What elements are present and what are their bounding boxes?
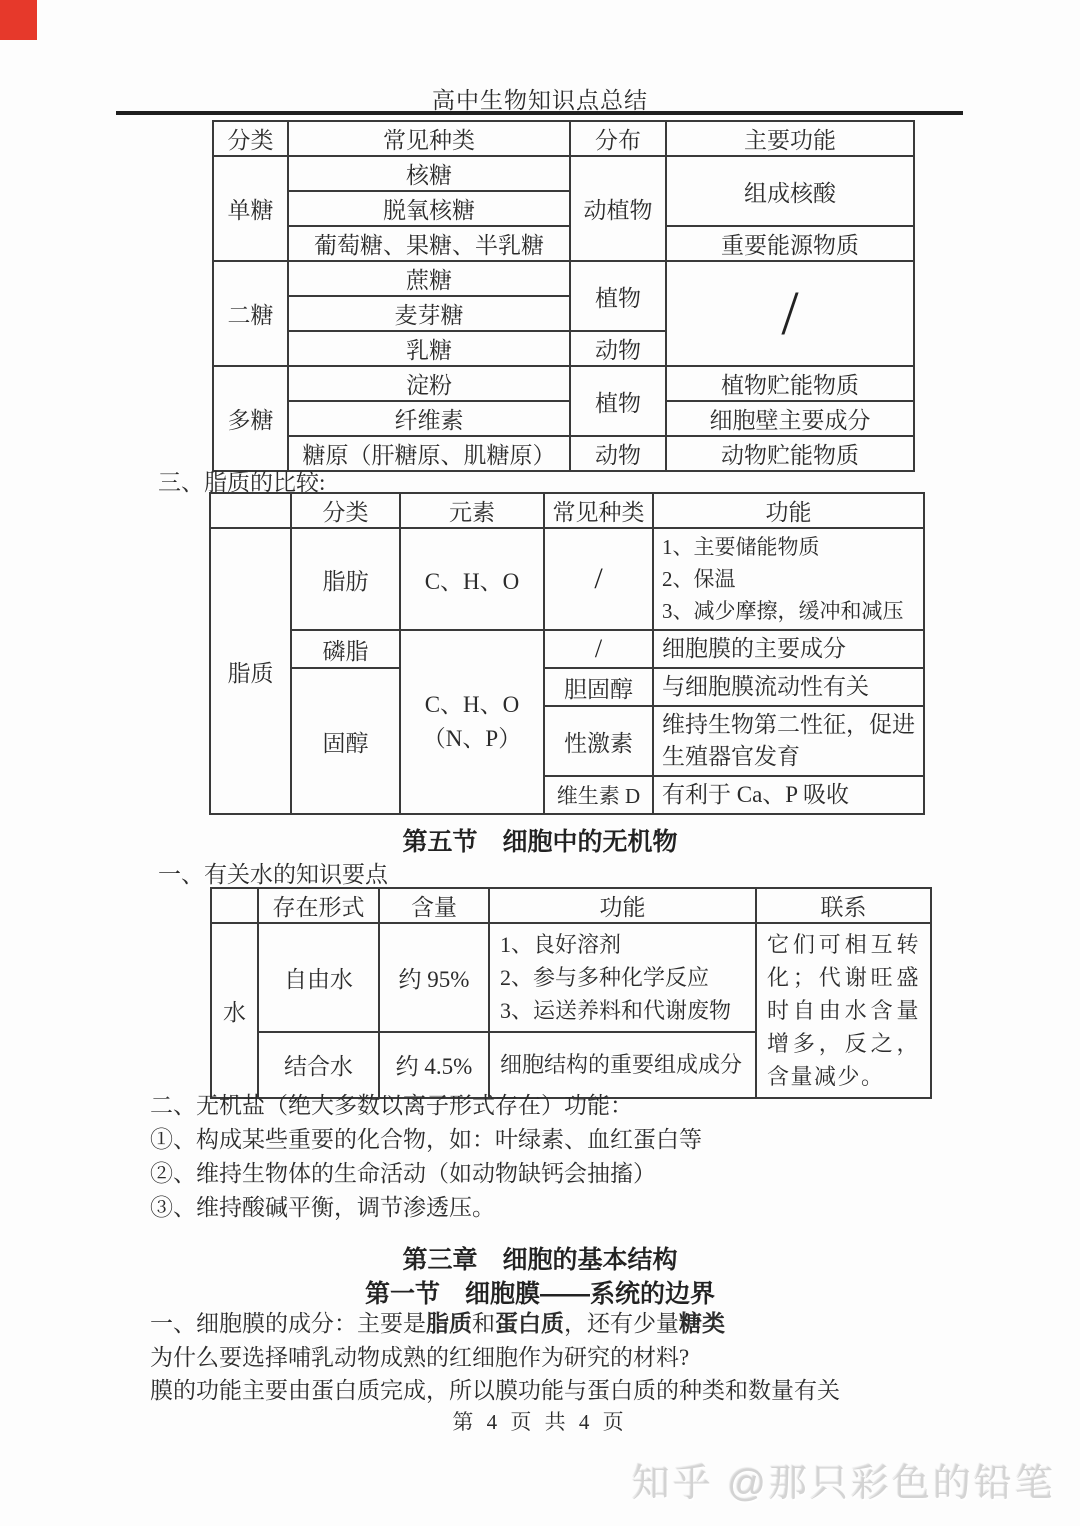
section5-heading: 第五节 细胞中的无机物 — [0, 822, 1080, 858]
cell-phospholipid: 磷脂 — [291, 630, 400, 668]
table-row: 多糖 淀粉 植物 植物贮能物质 — [213, 366, 914, 401]
body-text-line: 膜的功能主要由蛋白质完成，所以膜功能与蛋白质的种类和数量有关 — [150, 1375, 840, 1406]
cell-freewater-func: 1、良好溶剂 2、参与多种化学反应 3、运送养料和代谢废物 — [489, 923, 756, 1032]
header-cell — [210, 493, 291, 528]
cell-cholesterol-func: 与细胞膜流动性有关 — [653, 668, 924, 706]
slash-mark: / — [595, 634, 602, 663]
cell-maltose: 麦芽糖 — [288, 296, 570, 331]
header-cell: 元素 — [400, 493, 544, 528]
cell-ribose: 核糖 — [288, 156, 570, 191]
cell-dist-plant2: 植物 — [570, 366, 666, 436]
table-row: 二糖 蔗糖 植物 / — [213, 261, 914, 296]
table-row: 纤维素 细胞壁主要成分 — [213, 401, 914, 436]
cell-func-plantstore: 植物贮能物质 — [666, 366, 914, 401]
cell-cellulose: 纤维素 — [288, 401, 570, 436]
water-header-row: 存在形式 含量 功能 联系 — [211, 888, 931, 923]
cell-dist-animal2: 动物 — [570, 436, 666, 471]
cell-sterol-elements: C、H、O （N、P） — [400, 630, 544, 814]
salt-item: ③、维持酸碱平衡，调节渗透压。 — [150, 1192, 495, 1223]
table-row: 磷脂 C、H、O （N、P） / 细胞膜的主要成分 — [210, 630, 924, 668]
title-divider — [116, 111, 963, 115]
page-number: 第 4 页 共 4 页 — [0, 1406, 1080, 1436]
cell-glycogen: 糖原（肝糖原、肌糖原） — [288, 436, 570, 471]
cell-func-nucleic: 组成核酸 — [666, 156, 914, 226]
table-row: 水 自由水 约 95% 1、良好溶剂 2、参与多种化学反应 3、运送养料和代谢废… — [211, 923, 931, 1032]
slash-mark: / — [781, 280, 798, 348]
cell-func-slash: / — [666, 261, 914, 366]
water-table: 存在形式 含量 功能 联系 水 自由水 约 95% 1、良好溶剂 2、参与多种化… — [210, 887, 932, 1099]
bold-term: 蛋白质 — [495, 1310, 564, 1336]
cell-fat-func: 1、主要储能物质 2、保温 3、减少摩擦，缓冲和减压 — [653, 528, 924, 630]
elements-line: （N、P） — [405, 722, 539, 756]
table-row: 单糖 核糖 动植物 组成核酸 — [213, 156, 914, 191]
elements-line: C、H、O — [405, 688, 539, 722]
cell-water-relation: 它们可相互转化；代谢旺盛时自由水含量增多，反之，含量减少。 — [756, 923, 931, 1098]
cell-starch: 淀粉 — [288, 366, 570, 401]
cell-water-label: 水 — [211, 923, 258, 1098]
text-segment: 一、细胞膜的成分：主要是 — [150, 1311, 426, 1336]
document-page: 高中生物知识点总结 分类 常见种类 分布 主要功能 单糖 核糖 动植物 组成核酸… — [0, 0, 1080, 1526]
cell-func-energy: 重要能源物质 — [666, 226, 914, 261]
salt-item: ②、维持生物体的生命活动（如动物缺钙会抽搐） — [150, 1158, 656, 1189]
lipid-table: 分类 元素 常见种类 功能 脂质 脂肪 C、H、O / 1、主要储能物质 2、保… — [209, 492, 925, 815]
salt-title: 二、无机盐（绝大多数以离子形式存在）功能： — [150, 1090, 633, 1121]
bold-term: 糖类 — [679, 1310, 725, 1336]
cell-fat-kind: / — [544, 528, 653, 630]
header-cell: 常见种类 — [544, 493, 653, 528]
lipid-header-row: 分类 元素 常见种类 功能 — [210, 493, 924, 528]
cell-lipid-label: 脂质 — [210, 528, 291, 814]
header-cell: 主要功能 — [666, 121, 914, 156]
header-cell: 常见种类 — [288, 121, 570, 156]
header-cell: 联系 — [756, 888, 931, 923]
cell-group-di: 二糖 — [213, 261, 288, 366]
cell-freewater-amount: 约 95% — [379, 923, 489, 1032]
cell-sucrose: 蔗糖 — [288, 261, 570, 296]
cell-fat-elements: C、H、O — [400, 528, 544, 630]
cell-boundwater-func: 细胞结构的重要组成成分 — [489, 1032, 756, 1098]
membrane-composition-line: 一、细胞膜的成分：主要是脂质和蛋白质，还有少量糖类 — [150, 1308, 725, 1339]
header-cell: 分类 — [291, 493, 400, 528]
sugar-table: 分类 常见种类 分布 主要功能 单糖 核糖 动植物 组成核酸 脱氧核糖 葡萄糖、… — [212, 120, 915, 472]
cell-dist-animal: 动物 — [570, 331, 666, 366]
bold-term: 脂质 — [426, 1310, 472, 1336]
chapter3-title: 第三章 细胞的基本结构 — [0, 1240, 1080, 1276]
cell-deoxyribose: 脱氧核糖 — [288, 191, 570, 226]
cell-freewater: 自由水 — [258, 923, 379, 1032]
table-row: 固醇 胆固醇 与细胞膜流动性有关 — [210, 668, 924, 706]
cell-dist-both: 动植物 — [570, 156, 666, 261]
header-cell: 功能 — [653, 493, 924, 528]
red-corner-mark — [0, 0, 37, 40]
header-cell: 功能 — [489, 888, 756, 923]
cell-func-animalstore: 动物贮能物质 — [666, 436, 914, 471]
sugar-header-row: 分类 常见种类 分布 主要功能 — [213, 121, 914, 156]
cell-boundwater-amount: 约 4.5% — [379, 1032, 489, 1098]
text-segment: ，还有少量 — [564, 1311, 679, 1336]
header-cell: 存在形式 — [258, 888, 379, 923]
func-line: 2、保温 — [662, 563, 915, 595]
cell-hexoses: 葡萄糖、果糖、半乳糖 — [288, 226, 570, 261]
table-row: 葡萄糖、果糖、半乳糖 重要能源物质 — [213, 226, 914, 261]
table-row: 脂质 脂肪 C、H、O / 1、主要储能物质 2、保温 3、减少摩擦，缓冲和减压 — [210, 528, 924, 630]
cell-group-poly: 多糖 — [213, 366, 288, 471]
slash-mark: / — [594, 562, 602, 595]
cell-group-mono: 单糖 — [213, 156, 288, 261]
cell-phospholipid-func: 细胞膜的主要成分 — [653, 630, 924, 668]
cell-cholesterol: 胆固醇 — [544, 668, 653, 706]
cell-func-cellwall: 细胞壁主要成分 — [666, 401, 914, 436]
header-cell: 分类 — [213, 121, 288, 156]
cell-fat: 脂肪 — [291, 528, 400, 630]
func-line: 1、良好溶剂 — [500, 928, 745, 961]
cell-lactose: 乳糖 — [288, 331, 570, 366]
water-section-label: 一、有关水的知识要点 — [158, 856, 388, 889]
text-segment: 和 — [472, 1311, 495, 1336]
header-cell: 分布 — [570, 121, 666, 156]
salt-item: ①、构成某些重要的化合物，如：叶绿素、血红蛋白等 — [150, 1124, 702, 1155]
cell-sexhormone: 性激素 — [544, 706, 653, 776]
chapter3-section1-title: 第一节 细胞膜——系统的边界 — [0, 1274, 1080, 1310]
func-line: 细胞结构的重要组成成分 — [500, 1048, 745, 1081]
func-line: 3、运送养料和代谢废物 — [500, 994, 745, 1027]
watermark-text: 知乎 @那只彩色的铅笔 — [632, 1452, 1056, 1507]
func-line: 1、主要储能物质 — [662, 531, 915, 563]
header-cell — [211, 888, 258, 923]
cell-sexhormone-func: 维持生物第二性征，促进生殖器官发育 — [653, 706, 924, 776]
header-cell: 含量 — [379, 888, 489, 923]
func-line: 3、减少摩擦，缓冲和减压 — [662, 595, 915, 627]
cell-phospholipid-kind: / — [544, 630, 653, 668]
cell-vitamind-func: 有利于 Ca、P 吸收 — [653, 776, 924, 814]
func-line: 2、参与多种化学反应 — [500, 961, 745, 994]
cell-boundwater: 结合水 — [258, 1032, 379, 1098]
cell-dist-plant: 植物 — [570, 261, 666, 331]
cell-vitamind: 维生素 D — [544, 776, 653, 814]
cell-sterol: 固醇 — [291, 668, 400, 814]
body-text-line: 为什么要选择哺乳动物成熟的红细胞作为研究的材料? — [150, 1342, 689, 1373]
